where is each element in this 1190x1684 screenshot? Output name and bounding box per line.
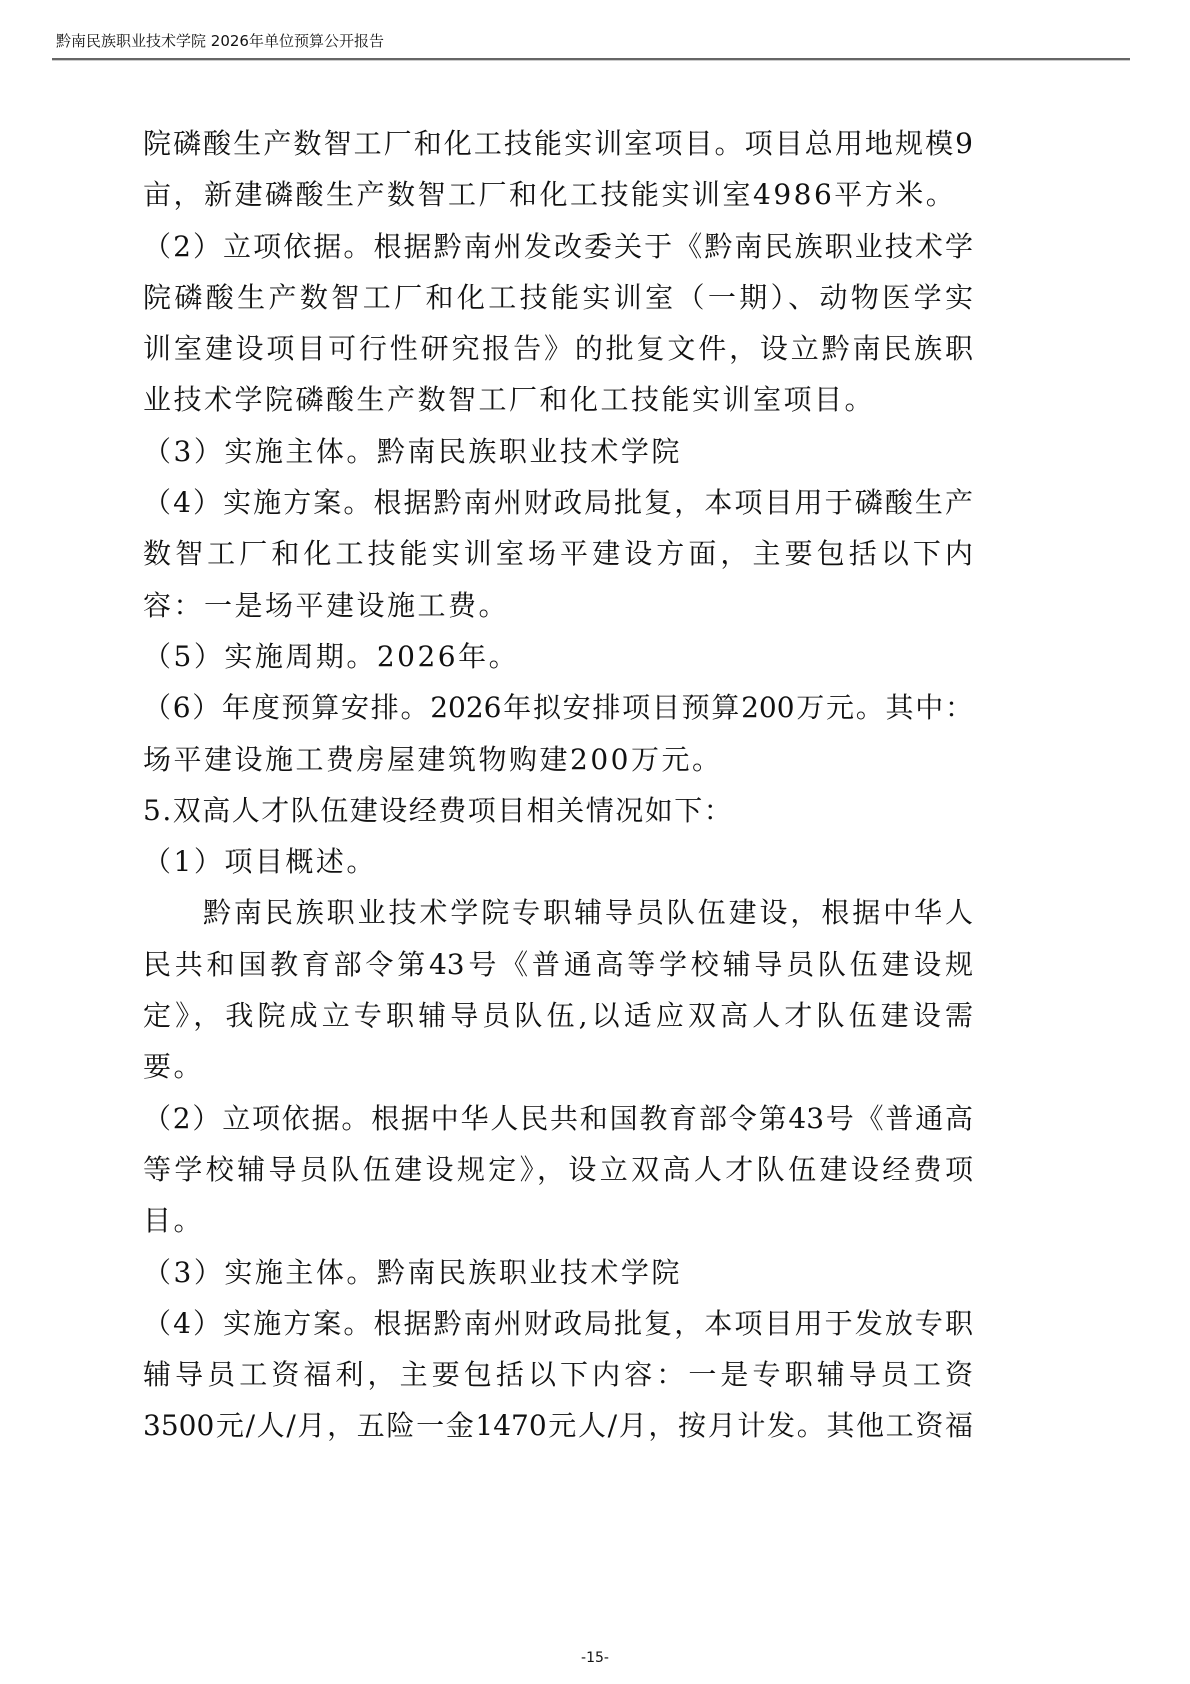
body-line: 场平建设施工费房屋建筑物购建200万元。 bbox=[143, 734, 973, 785]
running-header: 黔南民族职业技术学院 2026年单位预算公开报告 bbox=[56, 30, 384, 51]
body-line: 定》，我院成立专职辅导员队伍,以适应双高人才队伍建设需 bbox=[143, 990, 973, 1041]
body-line: 容：一是场平建设施工费。 bbox=[143, 580, 973, 631]
body-line: （1）项目概述。 bbox=[143, 836, 973, 887]
body-line: （2）立项依据。根据黔南州发改委关于《黔南民族职业技术学 bbox=[143, 221, 973, 272]
header-divider bbox=[52, 58, 1130, 61]
body-line: 院磷酸生产数智工厂和化工技能实训室项目。项目总用地规模9 bbox=[143, 118, 973, 169]
body-line: 院磷酸生产数智工厂和化工技能实训室（一期）、动物医学实 bbox=[143, 272, 973, 323]
body-line: 辅导员工资福利，主要包括以下内容：一是专职辅导员工资 bbox=[143, 1349, 973, 1400]
section-heading: 5.双高人才队伍建设经费项目相关情况如下： bbox=[143, 785, 973, 836]
body-line: （6）年度预算安排。2026年拟安排项目预算200万元。其中： bbox=[143, 682, 973, 733]
body-line: （4）实施方案。根据黔南州财政局批复，本项目用于发放专职 bbox=[143, 1298, 973, 1349]
body-line: （2）立项依据。根据中华人民共和国教育部令第43号《普通高 bbox=[143, 1093, 973, 1144]
body-line: 业技术学院磷酸生产数智工厂和化工技能实训室项目。 bbox=[143, 374, 973, 425]
body-line: （4）实施方案。根据黔南州财政局批复，本项目用于磷酸生产 bbox=[143, 477, 973, 528]
body-line: 3500元/人/月，五险一金1470元人/月，按月计发。其他工资福 bbox=[143, 1400, 973, 1451]
body-line: （5）实施周期。2026年。 bbox=[143, 631, 973, 682]
body-line: 等学校辅导员队伍建设规定》，设立双高人才队伍建设经费项 bbox=[143, 1144, 973, 1195]
body-line: 目。 bbox=[143, 1195, 973, 1246]
page-number: -15- bbox=[0, 1650, 1190, 1666]
body-line: 民共和国教育部令第43号《普通高等学校辅导员队伍建设规 bbox=[143, 939, 973, 990]
body-line: 数智工厂和化工技能实训室场平建设方面，主要包括以下内 bbox=[143, 528, 973, 579]
body-line: 亩，新建磷酸生产数智工厂和化工技能实训室4986平方米。 bbox=[143, 169, 973, 220]
body-line: 黔南民族职业技术学院专职辅导员队伍建设，根据中华人 bbox=[143, 887, 973, 938]
body-line: （3）实施主体。黔南民族职业技术学院 bbox=[143, 426, 973, 477]
body-line: （3）实施主体。黔南民族职业技术学院 bbox=[143, 1247, 973, 1298]
body-line: 要。 bbox=[143, 1041, 973, 1092]
body-line: 训室建设项目可行性研究报告》的批复文件，设立黔南民族职 bbox=[143, 323, 973, 374]
document-body: 院磷酸生产数智工厂和化工技能实训室项目。项目总用地规模9 亩，新建磷酸生产数智工… bbox=[143, 118, 973, 1452]
